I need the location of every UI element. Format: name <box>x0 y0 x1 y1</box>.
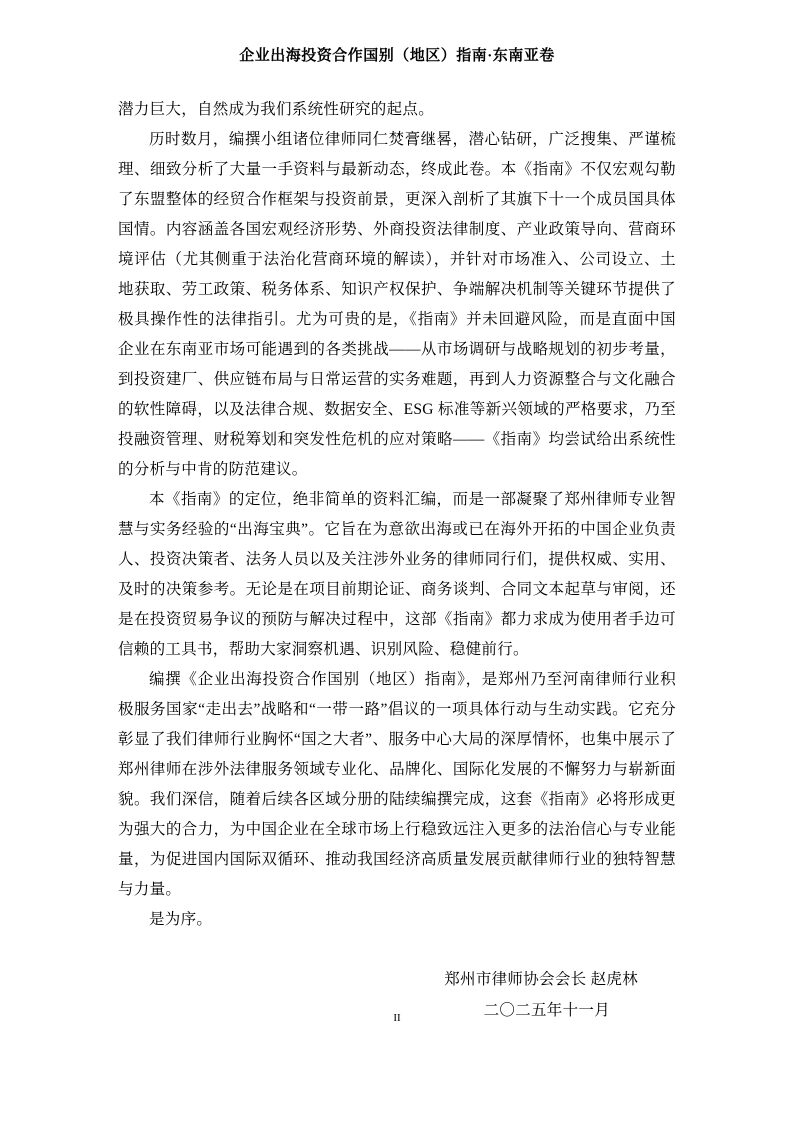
preface-paragraph-positioning: 本《指南》的定位，绝非简单的资料汇编，而是一部凝聚了郑州律师专业智慧与实务经验的… <box>118 485 676 665</box>
document-body: 潜力巨大，自然成为我们系统性研究的起点。 历时数月，编撰小组诸位律师同仁焚膏继晷… <box>118 95 676 1027</box>
signature-author: 郑州市律师协会会长 赵虎林 <box>118 965 676 995</box>
preface-paragraph-significance: 编撰《企业出海投资合作国别（地区）指南》，是郑州乃至河南律师行业积极服务国家“走… <box>118 665 676 905</box>
document-header: 企业出海投资合作国别（地区）指南·东南亚卷 <box>0 0 794 67</box>
document-page: 企业出海投资合作国别（地区）指南·东南亚卷 潜力巨大，自然成为我们系统性研究的起… <box>0 0 794 1123</box>
page-number: II <box>393 1012 400 1024</box>
document-footer: II <box>0 1008 794 1026</box>
preface-paragraph-continuation: 潜力巨大，自然成为我们系统性研究的起点。 <box>118 95 676 125</box>
preface-closing-line: 是为序。 <box>118 905 676 935</box>
preface-paragraph-compilation: 历时数月，编撰小组诸位律师同仁焚膏继晷，潜心钻研，广泛搜集、严谨梳理、细致分析了… <box>118 125 676 485</box>
running-header-title: 企业出海投资合作国别（地区）指南·东南亚卷 <box>239 48 555 64</box>
